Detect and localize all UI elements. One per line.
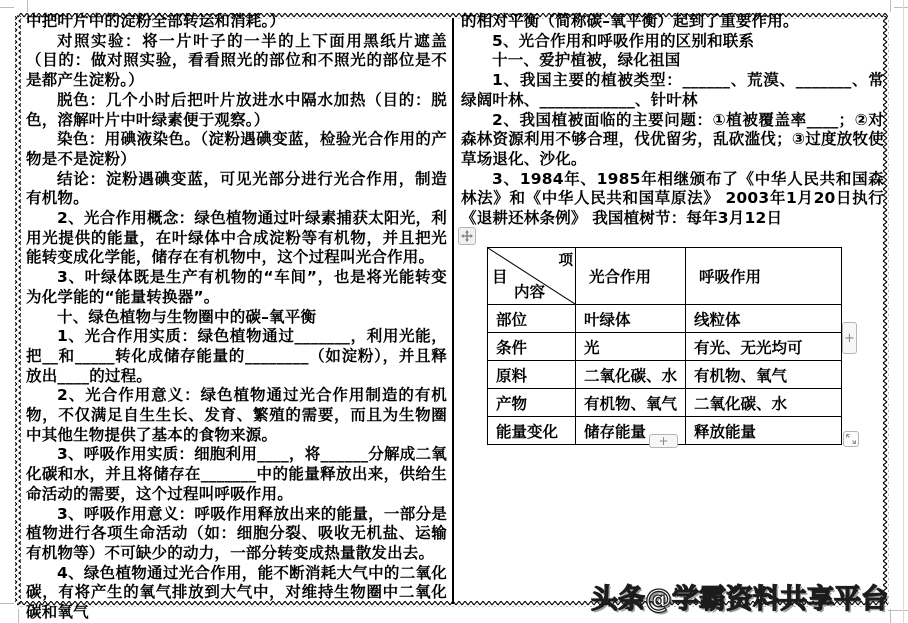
section-heading: 十一、爱护植被，绿化祖国 [461, 51, 884, 71]
paragraph: 3、1984年、1985年相继颁布了《中华人民共和国森林法》和《中华人民共和国草… [461, 170, 884, 229]
paragraph: 的相对平衡（简称碳–氧平衡）起到了重要作用。 [461, 12, 884, 32]
paragraph: 3、呼吸作用意义：呼吸作用释放出来的能量，一部分是植物进行各项生命活动（如：细胞… [26, 505, 447, 564]
left-column: 中把叶片中的淀粉全部转运和消耗。） 对照实验：将一片叶子的一半的上下面用黑纸片遮… [26, 12, 447, 623]
corner-label-content: 内容 [514, 280, 545, 302]
corner-label-item-1: 项 [559, 249, 574, 270]
row-header: 条件 [488, 333, 576, 361]
paragraph: 2、我国植被面临的主要问题：①植被覆盖率____；②对森林资源利用不够合理，伐优… [461, 111, 884, 170]
paragraph: 2、光合作用概念：绿色植物通过叶绿素捕获太阳光，利用光提供的能量，在叶绿体中合成… [26, 209, 447, 268]
table-cell: 有机物、氧气 [576, 389, 686, 417]
paragraph: 5、光合作用和呼吸作用的区别和联系 [461, 32, 884, 52]
section-heading: 十、绿色植物与生物圈中的碳–氧平衡 [26, 308, 447, 328]
table-cell: 二氧化碳、水 [576, 361, 686, 389]
table-cell: 释放能量 [686, 417, 842, 445]
diagonal-header-cell: 项 目 内容 [488, 248, 576, 305]
add-column-button[interactable]: + [842, 322, 857, 354]
add-row-button[interactable]: + [649, 434, 678, 448]
cropmark-top-right [890, 0, 891, 12]
table-resize-handle[interactable] [843, 431, 859, 447]
row-header: 原料 [488, 361, 576, 389]
plus-icon: + [844, 331, 855, 346]
paragraph: 3、呼吸作用实质：细胞利用____，将______分解成二氧化碳和水，并且将储存… [26, 445, 447, 504]
resize-diagonal-icon [845, 433, 857, 445]
paragraph: 中把叶片中的淀粉全部转运和消耗。） [26, 12, 447, 32]
table-cell: 叶绿体 [576, 305, 686, 333]
column-header: 光合作用 [576, 248, 686, 305]
paragraph: 脱色：几个小时后把叶片放进水中隔水加热（目的：脱色，溶解叶片中叶绿素便于观察。） [26, 91, 447, 130]
page-edge-line [903, 0, 904, 623]
cropmark-bottom-left-h [0, 603, 14, 604]
watermark: 头条@学霸资料共享平台 [591, 577, 888, 616]
row-header: 部位 [488, 305, 576, 333]
row-header: 能量变化 [488, 417, 576, 445]
paragraph: 染色：用碘液染色。（淀粉遇碘变蓝，检验光合作用的产物是不是淀粉） [26, 130, 447, 169]
paragraph: 4、绿色植物通过光合作用，能不断消耗大气中的二氧化碳，有将产生的氧气排放到大气中… [26, 564, 447, 623]
document-page: 中把叶片中的淀粉全部转运和消耗。） 对照实验：将一片叶子的一半的上下面用黑纸片遮… [0, 0, 908, 623]
corner-label-item-2: 目 [492, 265, 508, 287]
table-cell: 二氧化碳、水 [686, 389, 842, 417]
paragraph: 1、光合作用实质：绿色植物通过_______，利用光能，把__和_____转化成… [26, 327, 447, 386]
table-cell: 线粒体 [686, 305, 842, 333]
cropmark-bottom-right [890, 609, 891, 623]
paragraph: 对照实验：将一片叶子的一半的上下面用黑纸片遮盖 （目的：做对照实验，看看照光的部… [26, 32, 447, 91]
row-header: 产物 [488, 389, 576, 417]
table-cell: 有机物、氧气 [686, 361, 842, 389]
cropmark-top-right-h [894, 7, 908, 8]
paragraph: 2、光合作用意义：绿色植物通过光合作用制造的有机物，不仅满足自生生长、发育、繁殖… [26, 386, 447, 445]
paragraph: 1、我国主要的植被类型：______、荒漠、_______、常绿阔叶林、____… [461, 71, 884, 110]
cropmark-bottom-left [18, 609, 19, 623]
column-divider [452, 18, 454, 604]
table-move-handle[interactable] [458, 227, 476, 245]
table-cell: 光 [576, 333, 686, 361]
cropmark-top-left [27, 0, 28, 12]
summary-table: 项 目 内容 光合作用 呼吸作用 部位 叶绿体 线粒体 条件 光 有光、无光均可… [487, 247, 842, 445]
cropmark-top-left-h [0, 7, 14, 8]
move-icon [461, 230, 473, 242]
table-cell: 有光、无光均可 [686, 333, 842, 361]
plus-icon: + [658, 434, 668, 448]
paragraph: 3、叶绿体既是生产有机物的“车间”，也是将光能转变为化学能的“能量转换器”。 [26, 268, 447, 307]
right-column: 的相对平衡（简称碳–氧平衡）起到了重要作用。 5、光合作用和呼吸作用的区别和联系… [461, 12, 884, 229]
paragraph: 结论：淀粉遇碘变蓝，可见光部分进行光合作用，制造有机物。 [26, 170, 447, 209]
column-header: 呼吸作用 [686, 248, 842, 305]
cropmark-bottom-right-h [888, 610, 908, 611]
